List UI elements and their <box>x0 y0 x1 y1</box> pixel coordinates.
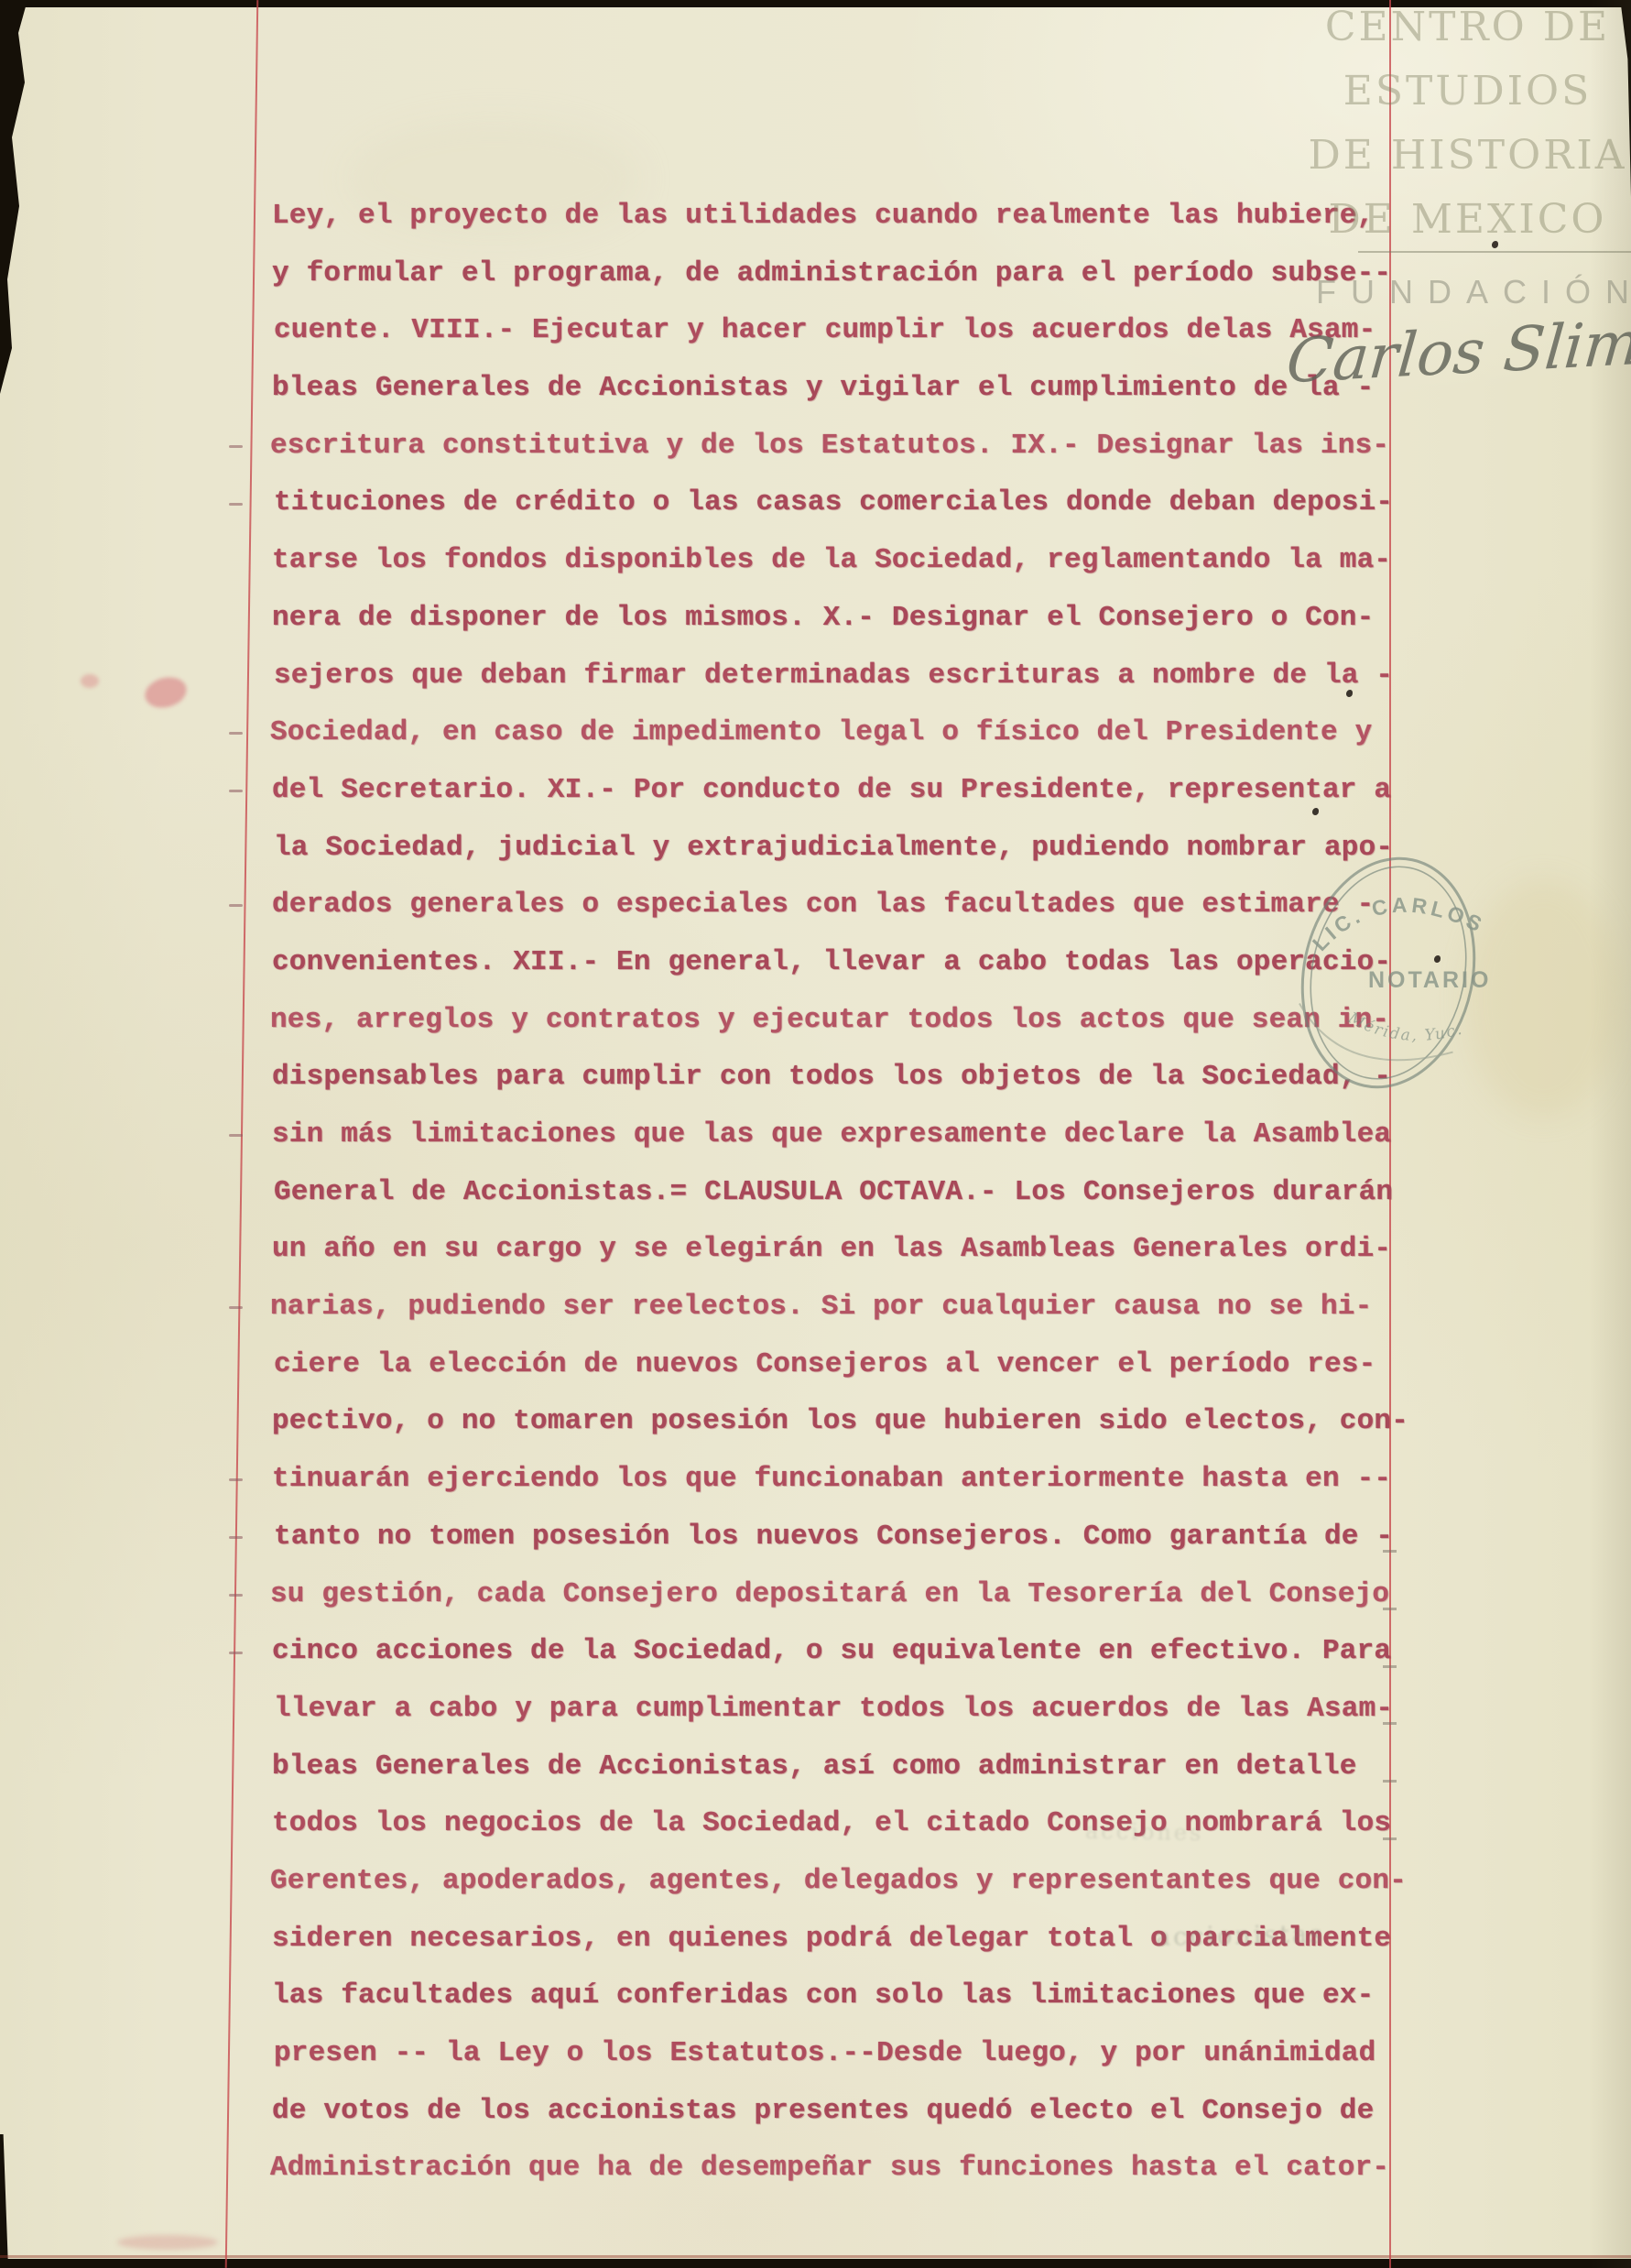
document-line: tinuarán ejerciendo los que funcionaban … <box>272 1451 1417 1509</box>
document-line: convenientes. XII.- En general, llevar a… <box>272 934 1417 992</box>
document-line: llevar a cabo y para cumplimentar todos … <box>274 1681 1419 1739</box>
document-line: Sociedad, en caso de impedimento legal o… <box>270 704 1415 762</box>
red-ink-smudge <box>81 674 99 688</box>
scanned-document-page: Ley, el proyecto de las utilidades cuand… <box>0 0 1631 2268</box>
document-line: del Secretario. XI.- Por conducto de su … <box>272 762 1417 820</box>
margin-pencil-tick <box>1383 1722 1397 1725</box>
typewritten-text-column: Ley, el proyecto de las utilidades cuand… <box>272 188 1417 2197</box>
document-line: sin más limitaciones que las que expresa… <box>272 1107 1417 1164</box>
document-line: derados generales o especiales con las f… <box>272 877 1417 934</box>
document-line: bleas Generales de Accionistas, así como… <box>272 1739 1417 1796</box>
document-line: cuente. VIII.- Ejecutar y hacer cumplir … <box>274 302 1419 360</box>
document-line: Ley, el proyecto de las utilidades cuand… <box>272 188 1417 245</box>
watermark-foundation: FUNDACIÓN <box>1316 273 1631 311</box>
document-line: la Sociedad, judicial y extrajudicialmen… <box>274 820 1419 878</box>
document-line: bleas Generales de Accionistas y vigilar… <box>272 360 1417 418</box>
document-line: nes, arreglos y contratos y ejecutar tod… <box>270 992 1415 1050</box>
margin-pencil-dash <box>229 503 243 506</box>
margin-pencil-dash <box>229 732 243 735</box>
document-line: un año en su cargo y se elegirán en las … <box>272 1221 1417 1279</box>
scan-edge-bottom <box>0 2259 1631 2268</box>
watermark-line: ESTUDIOS <box>1304 68 1631 114</box>
document-line: presen -- la Ley o los Estatutos.--Desde… <box>274 2025 1419 2083</box>
margin-pencil-dash <box>229 1134 243 1137</box>
document-line: nera de disponer de los mismos. X.- Desi… <box>272 590 1417 648</box>
ghost-offset-text: acciones <box>1085 1818 1204 1846</box>
document-line: su gestión, cada Consejero depositará en… <box>270 1566 1415 1624</box>
document-line: ciere la elección de nuevos Consejeros a… <box>274 1336 1419 1394</box>
document-line: tarse los fondos disponibles de la Socie… <box>272 532 1417 590</box>
document-line: las facultades aquí conferidas con solo … <box>272 1968 1417 2025</box>
red-ink-smudge <box>142 673 190 713</box>
scan-edge-bottom-redline <box>0 2255 1631 2258</box>
watermark-line: DE MEXICO <box>1304 196 1631 243</box>
document-line: Gerentes, apoderados, agentes, delegados… <box>270 1853 1415 1911</box>
document-line: y formular el programa, de administració… <box>272 245 1417 303</box>
scan-edge-left-bottom <box>0 2134 8 2268</box>
margin-pencil-dash <box>229 1306 243 1309</box>
stamp-arc-bottom-text: Mérida, Yuc. <box>1344 1009 1465 1045</box>
document-line: sejeros que deban firmar determinadas es… <box>274 648 1419 705</box>
document-line: General de Accionistas.= CLAUSULA OCTAVA… <box>274 1164 1419 1222</box>
margin-pencil-dash <box>229 904 243 907</box>
margin-pencil-dash <box>229 1652 243 1654</box>
document-line: narias, pudiendo ser reelectos. Si por c… <box>270 1279 1415 1336</box>
scan-edge-torn-left <box>0 0 29 394</box>
stamp-center-text: NOTARIO <box>1368 967 1491 993</box>
svg-text:Mérida, Yuc.: Mérida, Yuc. <box>1344 1009 1465 1045</box>
margin-pencil-dash <box>229 1478 243 1481</box>
margin-pencil-tick <box>1383 1780 1397 1783</box>
margin-pencil-tick <box>1383 1608 1397 1610</box>
margin-pencil-dash <box>229 1594 243 1597</box>
document-line: cinco acciones de la Sociedad, o su equi… <box>272 1623 1417 1681</box>
paper-speck <box>1492 241 1498 248</box>
document-line: de votos de los accionistas presentes qu… <box>272 2083 1417 2141</box>
margin-pencil-tick <box>1383 1550 1397 1553</box>
document-line: escritura constitutiva y de los Estatuto… <box>270 418 1415 475</box>
notary-stamp: LIC. CARLOS NOTARIO Mérida, Yuc. <box>1280 843 1509 1118</box>
watermark-line: CENTRO DE <box>1304 4 1631 50</box>
ghost-offset-text: accionistas <box>1156 1920 1325 1951</box>
document-line: Administración que ha de desempeñar sus … <box>270 2140 1415 2197</box>
document-line: tituciones de crédito o las casas comerc… <box>274 474 1419 532</box>
margin-pencil-dash <box>229 445 243 448</box>
document-line: todos los negocios de la Sociedad, el ci… <box>272 1795 1417 1853</box>
document-line: tanto no tomen posesión los nuevos Conse… <box>274 1509 1419 1566</box>
document-line: dispensables para cumplir con todos los … <box>272 1049 1417 1107</box>
red-ink-smudge <box>117 2235 218 2250</box>
watermark-line: DE HISTORIA <box>1304 132 1631 179</box>
margin-pencil-dash <box>229 1536 243 1539</box>
margin-pencil-dash <box>229 790 243 792</box>
margin-pencil-tick <box>1383 1665 1397 1668</box>
document-line: pectivo, o no tomaren posesión los que h… <box>272 1393 1417 1451</box>
watermark-divider <box>1358 251 1631 253</box>
margin-pencil-tick <box>1383 1837 1397 1840</box>
